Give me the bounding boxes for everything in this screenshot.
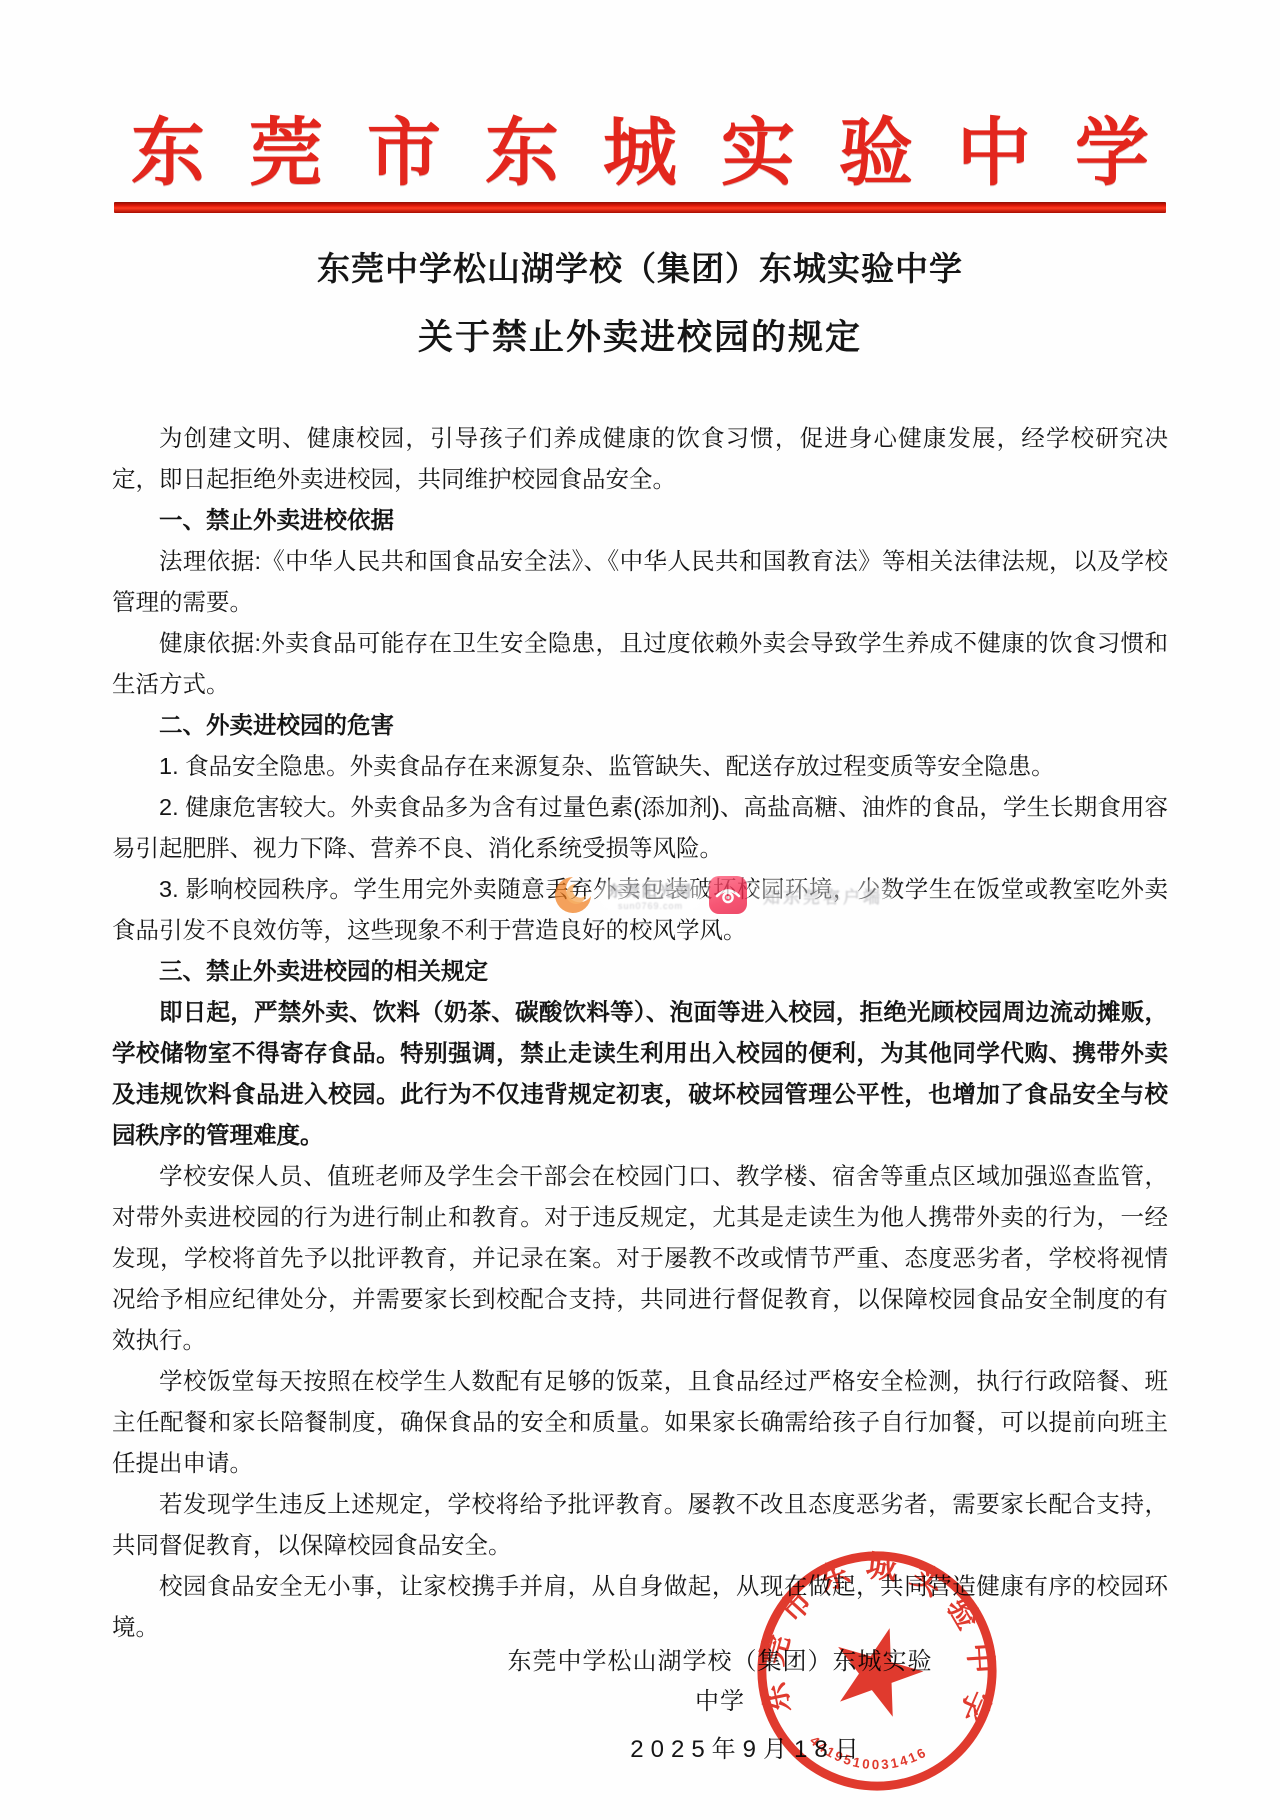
school-masthead-title: 东莞市东城实验中学 <box>0 0 1280 192</box>
signature-block: 东莞中学松山湖学校（集团）东城实验中学 2025年9月18日 <box>500 1642 940 1770</box>
page-title: 关于禁止外卖进校园的规定 <box>0 310 1280 360</box>
doc-subtitle: 东莞中学松山湖学校（集团）东城实验中学 <box>0 243 1280 290</box>
paragraph: 1. 食品安全隐患。外卖食品存在来源复杂、监管缺失、配送存放过程变质等安全隐患。 <box>112 746 1168 787</box>
red-divider-rule <box>114 202 1166 213</box>
section-heading: 三、禁止外卖进校园的相关规定 <box>112 951 1168 992</box>
paragraph: 校园食品安全无小事，让家校携手并肩，从自身做起，从现在做起，共同营造健康有序的校… <box>112 1566 1168 1648</box>
scanned-notice-document: 东莞市东城实验中学 东莞中学松山湖学校（集团）东城实验中学 关于禁止外卖进校园的… <box>0 0 1280 1820</box>
paragraph: 为创建文明、健康校园，引导孩子们养成健康的饮食习惯，促进身心健康发展，经学校研究… <box>112 418 1168 500</box>
paragraph: 3. 影响校园秩序。学生用完外卖随意丢弃外卖包装破坏校园环境，少数学生在饭堂或教… <box>112 869 1168 951</box>
paragraph: 法理依据:《中华人民共和国食品安全法》、《中华人民共和国教育法》等相关法律法规，… <box>112 541 1168 623</box>
paragraph: 即日起，严禁外卖、饮料（奶茶、碳酸饮料等）、泡面等进入校园，拒绝光顾校园周边流动… <box>112 992 1168 1156</box>
signature-org: 东莞中学松山湖学校（集团）东城实验中学 <box>500 1642 940 1722</box>
section-heading: 二、外卖进校园的危害 <box>112 705 1168 746</box>
paragraph: 若发现学生违反上述规定，学校将给予批评教育。屡教不改且态度恶劣者，需要家长配合支… <box>112 1484 1168 1566</box>
paragraph: 学校安保人员、值班老师及学生会干部会在校园门口、教学楼、宿舍等重点区域加强巡查监… <box>112 1156 1168 1361</box>
doc-body: 为创建文明、健康校园，引导孩子们养成健康的饮食习惯，促进身心健康发展，经学校研究… <box>112 418 1168 1648</box>
signature-date: 2025年9月18日 <box>500 1730 940 1770</box>
section-heading: 一、禁止外卖进校依据 <box>112 500 1168 541</box>
paragraph: 健康依据:外卖食品可能存在卫生安全隐患，且过度依赖外卖会导致学生养成不健康的饮食… <box>112 623 1168 705</box>
paragraph: 学校饭堂每天按照在校学生人数配有足够的饭菜，且食品经过严格安全检测，执行行政陪餐… <box>112 1361 1168 1484</box>
paragraph: 2. 健康危害较大。外卖食品多为含有过量色素(添加剂)、高盐高糖、油炸的食品，学… <box>112 787 1168 869</box>
